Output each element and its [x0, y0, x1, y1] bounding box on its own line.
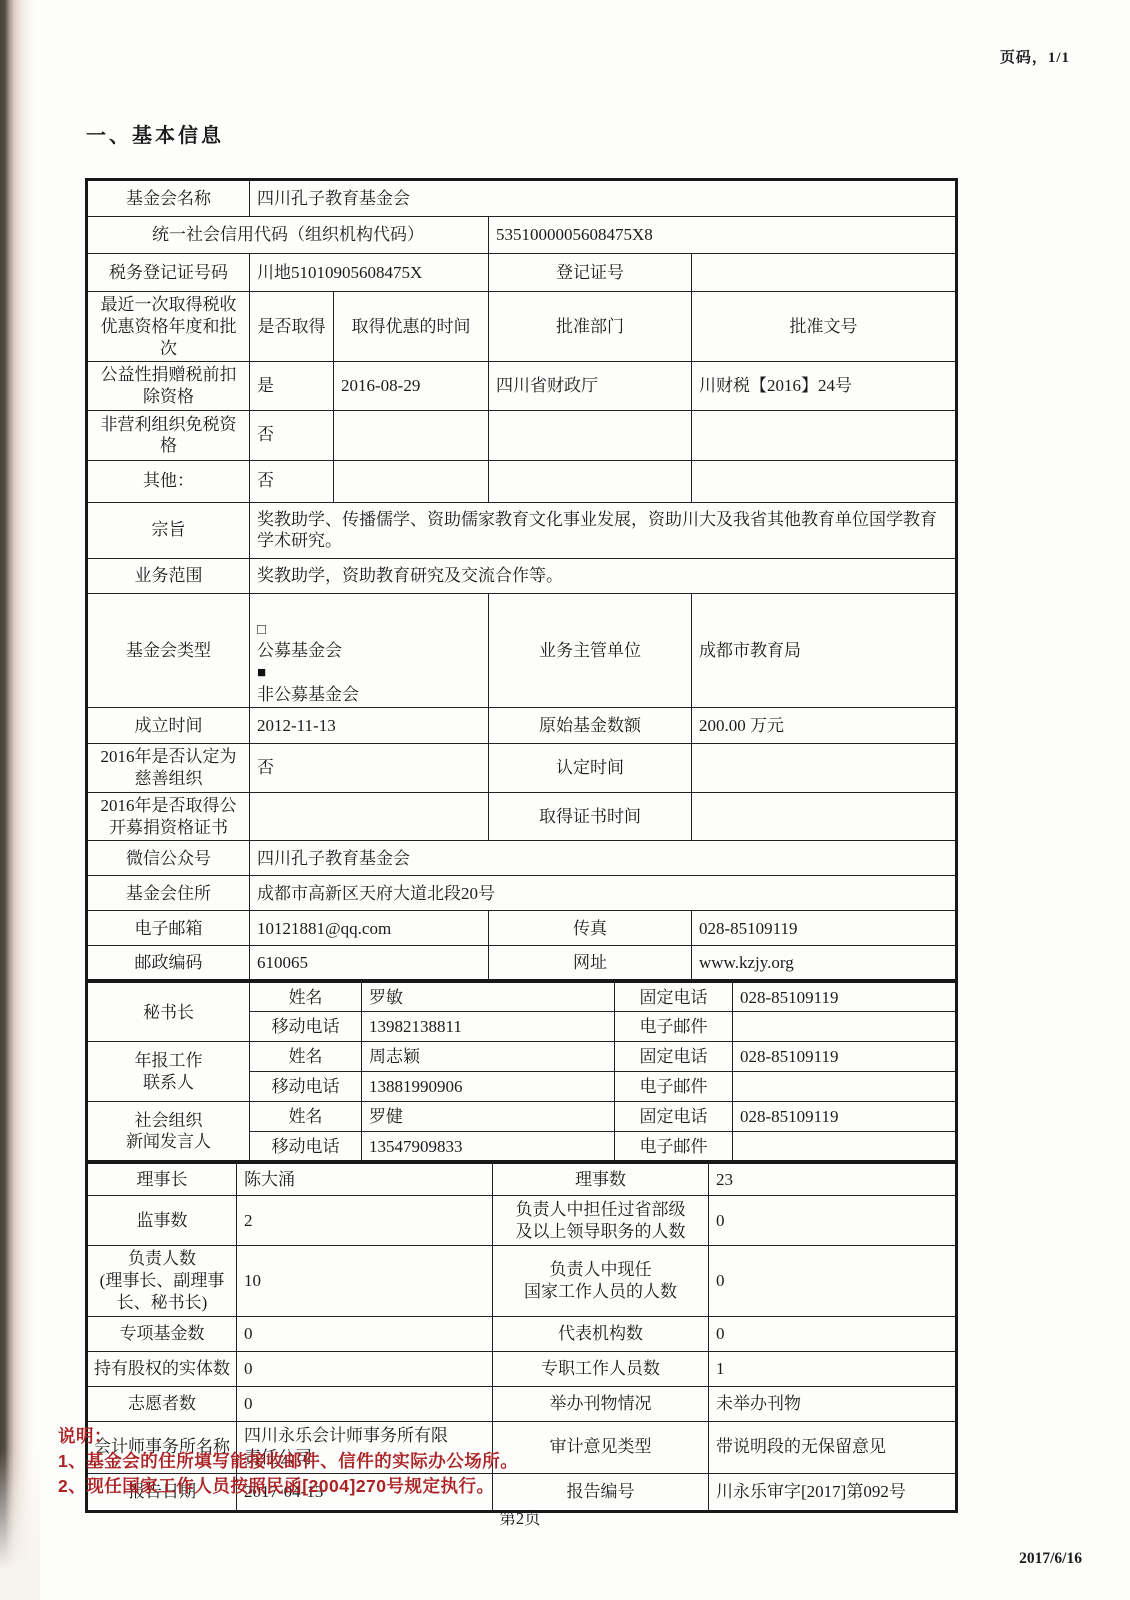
field-label: 姓名: [250, 1042, 362, 1072]
field-label: 非营利组织免税资 格: [87, 410, 250, 460]
field-label: 基金会名称: [87, 180, 250, 217]
field-label: 移动电话: [250, 1132, 362, 1162]
notes-title: 说明：: [58, 1424, 938, 1449]
scope-value: 奖教助学，资助教育研究及交流合作等。: [250, 558, 957, 593]
stat-label: 负责人中担任过省部级 及以上领导职务的人数: [493, 1196, 709, 1246]
field-label: 移动电话: [250, 1072, 362, 1102]
postcode-value: 610065: [250, 946, 489, 981]
contact-tel-value: 028-85109119: [733, 1042, 957, 1072]
type-option-label: 公募基金会: [257, 641, 342, 660]
scan-edge-fade: [0, 1450, 40, 1600]
stat-value: 10: [237, 1246, 493, 1316]
field-label: 微信公众号: [87, 841, 250, 876]
original-fund-value: 200.00 万元: [692, 708, 957, 744]
column-header: 是否取得: [250, 292, 334, 362]
contact-role-label: 年报工作 联系人: [87, 1042, 250, 1102]
purpose-value: 奖教助学、传播儒学、资助儒家教育文化事业发展，资助川大及我省其他教育单位国学教育…: [250, 502, 957, 558]
field-label: 电子邮件: [615, 1012, 733, 1042]
foundation-name-value: 四川孔子教育基金会: [250, 180, 957, 217]
contact-mail-value: [733, 1072, 957, 1102]
stat-label: 专项基金数: [87, 1316, 237, 1351]
field-label: 公益性捐赠税前扣 除资格: [87, 362, 250, 411]
contact-role-label: 社会组织 新闻发言人: [87, 1102, 250, 1162]
field-label: 其他：: [87, 460, 250, 502]
scanned-document-page: 页码，1/1 一、基本信息 基金会名称 四川孔子教育基金会 统一社会信用代码（组…: [0, 0, 1130, 1600]
foundation-type-value: □ 公募基金会 ■ 非公募基金会: [250, 593, 489, 708]
credit-code-value: 5351000005608475X8: [489, 217, 957, 254]
website-value: www.kzjy.org: [692, 946, 957, 981]
column-header: 取得优惠的时间: [334, 292, 489, 362]
field-value: [692, 410, 957, 460]
contact-mobile-value: 13547909833: [362, 1132, 615, 1162]
field-label: 认定时间: [489, 744, 692, 793]
section-title: 一、基本信息: [86, 119, 224, 148]
stat-value: 0: [709, 1246, 957, 1316]
stat-label: 举办刊物情况: [493, 1386, 709, 1421]
field-label: 固定电话: [615, 1102, 733, 1132]
field-label: 最近一次取得税收 优惠资格年度和批 次: [87, 292, 250, 362]
field-value: [489, 410, 692, 460]
stat-label: 理事长: [87, 1163, 237, 1196]
field-label: 移动电话: [250, 1012, 362, 1042]
address-value: 成都市高新区天府大道北段20号: [250, 876, 957, 911]
contact-name-value: 周志颖: [362, 1042, 615, 1072]
field-value: 是: [250, 362, 334, 411]
contact-mail-value: [733, 1012, 957, 1042]
field-label: 电子邮箱: [87, 911, 250, 946]
established-date-value: 2012-11-13: [250, 708, 489, 744]
stat-label: 持有股权的实体数: [87, 1351, 237, 1386]
reg-cert-value: [692, 254, 957, 292]
note-line: 1、基金会的住所填写能接收邮件、信件的实际办公场所。: [58, 1449, 938, 1474]
tax-reg-value: 川地51010905608475X: [250, 254, 489, 292]
stat-label: 理事数: [493, 1163, 709, 1196]
field-label: 2016年是否取得公 开募捐资格证书: [87, 792, 250, 841]
stat-label: 监事数: [87, 1196, 237, 1246]
scan-edge-artifact: [0, 0, 34, 1600]
note-line: 2、现任国家工作人员按照民函[2004]270号规定执行。: [58, 1474, 938, 1499]
checkbox-unchecked-icon: □: [257, 622, 268, 638]
stat-value: 0: [237, 1316, 493, 1351]
field-label: 成立时间: [87, 708, 250, 744]
field-value: [250, 792, 489, 841]
field-label: 网址: [489, 946, 692, 981]
stat-value: 2: [237, 1196, 493, 1246]
field-label: 原始基金数额: [489, 708, 692, 744]
field-label: 传真: [489, 911, 692, 946]
field-label: 取得证书时间: [489, 792, 692, 841]
column-header: 批准文号: [692, 292, 957, 362]
field-value: 否: [250, 460, 334, 502]
field-value: [489, 460, 692, 502]
stat-label: 负责人数 (理事长、副理事 长、秘书长): [87, 1246, 237, 1316]
field-value: [692, 792, 957, 841]
stat-value: 陈大涌: [237, 1163, 493, 1196]
identity-section-table: 基金会名称 四川孔子教育基金会 统一社会信用代码（组织机构代码） 5351000…: [85, 178, 958, 982]
field-label: 姓名: [250, 982, 362, 1012]
field-label: 基金会住所: [87, 876, 250, 911]
field-value: [334, 460, 489, 502]
field-value: [692, 744, 957, 793]
field-value: 川财税【2016】24号: [692, 362, 957, 411]
checkbox-checked-icon: ■: [257, 665, 268, 681]
supervisor-value: 成都市教育局: [692, 593, 957, 708]
stat-value: 0: [237, 1386, 493, 1421]
stat-label: 负责人中现任 国家工作人员的人数: [493, 1246, 709, 1316]
contact-name-value: 罗敏: [362, 982, 615, 1012]
stat-value: 0: [709, 1316, 957, 1351]
field-value: 否: [250, 744, 489, 793]
field-label: 宗旨: [87, 502, 250, 558]
stat-value: 未举办刊物: [709, 1386, 957, 1421]
field-label: 业务主管单位: [489, 593, 692, 708]
fax-value: 028-85109119: [692, 911, 957, 946]
notes-block: 说明： 1、基金会的住所填写能接收邮件、信件的实际办公场所。 2、现任国家工作人…: [58, 1424, 938, 1499]
field-label: 固定电话: [615, 1042, 733, 1072]
scan-date: 2017/6/16: [1019, 1550, 1082, 1568]
email-value: 10121881@qq.com: [250, 911, 489, 946]
field-label: 2016年是否认定为 慈善组织: [87, 744, 250, 793]
stat-label: 代表机构数: [493, 1316, 709, 1351]
field-label: 业务范围: [87, 558, 250, 593]
type-option-label: 非公募基金会: [257, 685, 359, 704]
field-value: 2016-08-29: [334, 362, 489, 411]
contact-name-value: 罗健: [362, 1102, 615, 1132]
page-marker: 页码，1/1: [1000, 46, 1070, 67]
contact-mobile-value: 13881990906: [362, 1072, 615, 1102]
page-number: 第2页: [0, 1505, 1040, 1529]
field-label: 邮政编码: [87, 946, 250, 981]
field-value: 否: [250, 410, 334, 460]
field-label: 基金会类型: [87, 593, 250, 708]
field-label: 电子邮件: [615, 1072, 733, 1102]
field-label: 电子邮件: [615, 1132, 733, 1162]
field-label: 税务登记证号码: [87, 254, 250, 292]
contact-mail-value: [733, 1132, 957, 1162]
stat-value: 1: [709, 1351, 957, 1386]
stat-value: 0: [709, 1196, 957, 1246]
field-label: 固定电话: [615, 982, 733, 1012]
stat-label: 专职工作人员数: [493, 1351, 709, 1386]
stat-value: 0: [237, 1351, 493, 1386]
field-value: [334, 410, 489, 460]
field-label: 统一社会信用代码（组织机构代码）: [87, 217, 489, 254]
column-header: 批准部门: [489, 292, 692, 362]
contacts-section-table: 秘书长 姓名 罗敏 固定电话 028-85109119 移动电话 1398213…: [85, 980, 958, 1163]
wechat-value: 四川孔子教育基金会: [250, 841, 957, 876]
contact-tel-value: 028-85109119: [733, 982, 957, 1012]
contact-mobile-value: 13982138811: [362, 1012, 615, 1042]
basic-info-table: 基金会名称 四川孔子教育基金会 统一社会信用代码（组织机构代码） 5351000…: [85, 178, 965, 1513]
stat-label: 志愿者数: [87, 1386, 237, 1421]
stat-value: 23: [709, 1163, 957, 1196]
contact-tel-value: 028-85109119: [733, 1102, 957, 1132]
field-label: 姓名: [250, 1102, 362, 1132]
contact-role-label: 秘书长: [87, 982, 250, 1042]
field-value: [692, 460, 957, 502]
field-value: 四川省财政厅: [489, 362, 692, 411]
field-label: 登记证号: [489, 254, 692, 292]
